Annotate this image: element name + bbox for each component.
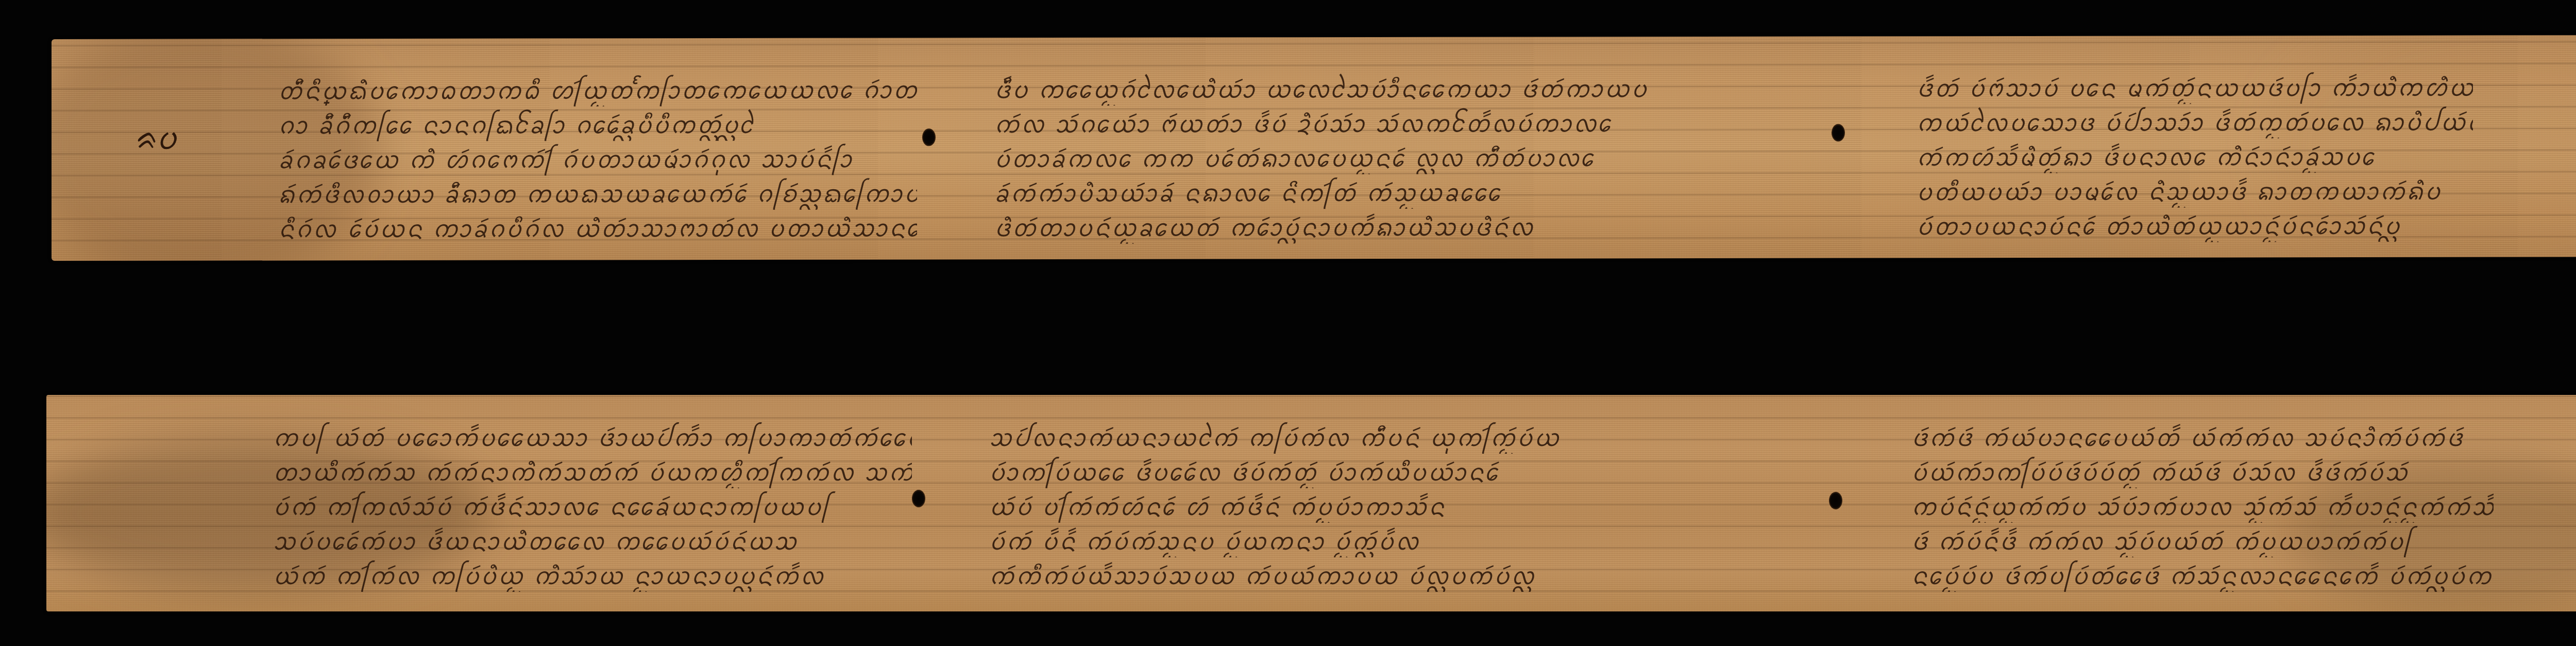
palm-leaf-2: ᨠᨷᩕ ᨿᩢᨲᩢ ᨷᩯᩣᨠᩢᩢᨷᩯᨿᩈᩣ ᨴᩢᩣᨿᨸᩢᨠᩢᩢᩣ ᨠᩕᨷᩣᨠᩣᨲᩢ… xyxy=(46,395,2576,611)
text-line: ᨶᩮᨷᩢᩬᨷᩢᨷ ᨴᩢᨠᩢᨷᩕᨷᩢᨲᩢᩯᨴᩢ ᨠᩢᩈᩢᨶᩬᩃᩣᨶᩯᨶᩮᨠᩢᩢ ᨷ… xyxy=(1911,560,2494,592)
text-line: ᨣᩣ ᨡᩢᩥᨣᩥᩢᨠᩕᩯ ᨶᩣᨶᨣᩕᨳᩰᨡᩕᩣ ᨣᩯᩢᨡᩖᨷᩥᨷᩥᨠᨲᩢᩖᩢᨷᩖ… xyxy=(278,108,917,141)
text-line: ᨷᩢᨲᩣᨷᨿᨶᩣᨷᩢᨶᩮᩢ ᨲᩢᩣᨿᩫᨲᩢᨿᩬᨿᩣᨶᩢᩬᨷᩢᨶᩮᩢᩣᩈᩢᨶᩢᨷᩖ xyxy=(1917,210,2473,243)
text-line: ᨷᩢᨠᩢ ᨠᩕᩢᨠᩃᩢᩈᩢᨷᩢ ᨠᩢᨴᩢᩢᨶᩢᩈᩣᩃᩮ ᨶᩯᨡᩢᨿᨶᩣᨠᩕᨷᨿᨷ… xyxy=(273,491,912,523)
text-line: ᨿᩢᨷᩢ ᨷᩕᩢᨠᩢᨠᩢᩉᩢᨶᩮᩢ ᩉᩢ ᨠᩢᨴᩢᩢᨶᩢ ᨠᩢᨷᩬᩬᨷᩢᩣᨠᩣᩈ… xyxy=(989,491,1793,523)
binding-hole-right xyxy=(1829,492,1842,509)
text-line: ᨡᩢᨣᨡᩮᩢᨴᩮᨿ ᨠᩫ ᩉᩢᨣᩮᨻᨠᩢᩕᩢ ᨣᩢᨷᨲᩣᨿᨾᩢᩣᨣᩢᨣᩩᩃ ᩈᩣ… xyxy=(278,143,917,176)
folio-number: ᨑᨷ xyxy=(134,117,176,165)
text-line: ᨠᩢᩃ ᩈᩢᨣᩮᨿᩢᩣ ᨻᩢᨿᨲᩢᩣ ᨴᩢᩢᨷᩢ ᨯᩫᨷᩢᩈᩢᩣ ᩈᩢᩃᨠᩰᨲᩢ… xyxy=(994,107,1798,140)
text-line: ᨲᩣᨿᩥᨠᩢᨠᩢᩈ ᨠᩢᨠᩢᨶᩣᨠᩫᨠᩢᩈᨲᩢᨠᩢ ᨷᩢᨿᨠᩉᩬᩥᨠᩕᩢᨠᨠᩢᩃ… xyxy=(273,456,912,488)
text-column-2: ᨴᩢᩢᩥᨷ ᨠᩯᨿᩬᨣᩢᩱᩃᩮᨿᩫᨿᩢᩣ ᨿᩮᩃᩱᩈᨷᩢᩣᩥᨶᩯᨠᨿᩣ ᨴᩢᨲᩢ… xyxy=(994,73,1798,244)
binding-hole-right xyxy=(1832,124,1845,142)
text-line: ᨠᨷᩕ ᨿᩢᨲᩢ ᨷᩯᩣᨠᩢᩢᨷᩯᨿᩈᩣ ᨴᩢᩣᨿᨸᩢᨠᩢᩢᩣ ᨠᩕᨷᩣᨠᩣᨲᩢ… xyxy=(273,422,912,454)
text-line: ᨿᩢᨠᩢ ᨠᩕᩢᨠᩢᩃ ᨠᩕᨷᩢᨷᩫᨿᩬ ᨠᩫᩈᩢᩣᨿ ᨶᩬᩣᨿᨶᩣᨷᨷᩖᨶᩢᨠ… xyxy=(273,560,912,592)
text-line: ᨴᩢᩢᨲᩢ ᨷᩢᨻᩢᩈᩣᨷᩢ ᨷᩮᨶ ᨾᨠᩢᨲᩢᩬᨶᨿᨿᨴᩢᨷᩕᩣ ᨠᩢᩢᩣᨿᩫ… xyxy=(1917,72,2473,105)
text-column-3: ᨴᩢᩢᨲᩢ ᨷᩢᨻᩢᩈᩣᨷᩢ ᨷᩮᨶ ᨾᨠᩢᨲᩢᩬᨶᨿᨿᨴᩢᨷᩕᩣ ᨠᩢᩢᩣᨿᩫ… xyxy=(1917,72,2473,243)
text-line: ᨠᩢᨠᩉᩢᩈᩢᩢᨾᩫᨲᩢᩬᨦᩣ ᨴᩢᩢᨷᨶᩣᩃᩮ ᨠᩫᨶᩢᩣᨶᩢᩣᨡᩬᩢᩈᨷᩮ xyxy=(1917,141,2473,174)
text-line: ᨷᨲᩥᨿᨷᨿᩢᩣ ᨷᩣᨾᩮᩢᩃ ᨶᩫᩈᩬᨿᩣᨴᩢᩢ ᨦᩣᨲᨠᨿᩣᨠᩢᨦᩫᨷ xyxy=(1917,175,2473,208)
text-line: ᨷᩢᨿᩢᨠᩢᩣᨠᩕᩢᨷᩢᨷᩢᨴᩢᨷᩢᨷᩢᨲᩢᩬ ᨠᩢᨿᩢᨴᩢ ᨷᩢᩈᩢᩃ ᨴᩢᩢ… xyxy=(1911,456,2494,488)
text-line: ᨴᩢ ᨠᩢᨷᩢᨶᩢᩢᨴᩢᩢ ᨠᩢᨠᩢᩃ ᩈᩢᩬᨷᩢᨷᨿᩢᨲᩢ ᨠᩢᨷᩬᨿᨷᩣᨠᩢ… xyxy=(1911,525,2494,557)
binding-hole-left xyxy=(912,490,925,507)
text-line: ᨴᩫᨲᩢᨲᩣᨷᨶᩢᨿᩬᨡᩮᨿᨲᩢ ᨠᩮᩢᩣᨷᩖᩢᨶᩣᨷᨠᩢᩢᨦᩣᨿᩫᩈᨷᨴᩫᨶᩢ… xyxy=(994,211,1798,244)
text-line: ᨠᩢᨠᩥᨠᩢᨷᩢᨿᩢᩢᩈᩣᨷᩢᩈᨷᨿ ᨠᩢᨷᨿᩢᨠᩣᨷᨿ ᨷᩢᩃᩖᨷᨠᩢᨷᩢᩃᩖ xyxy=(989,560,1793,592)
text-line: ᨴᩢᨠᩢᨴᩢ ᨠᩢᨿᩢᨷᩣᨶᩯᨷᨿᩢᨲᩢᩢ ᨿᩢᨠᩢᨠᩢᩃ ᩈᨷᩢᨶᩣᩫᨠᩢᨷᩢ… xyxy=(1911,422,2494,454)
text-column-3: ᨴᩢᨠᩢᨴᩢ ᨠᩢᨿᩢᨷᩣᨶᩯᨷᨿᩢᨲᩢᩢ ᨿᩢᨠᩢᨠᩢᩃ ᩈᨷᩢᨶᩣᩫᨠᩢᨷᩢ… xyxy=(1911,422,2494,592)
text-line: ᨶᩥᨣᩢᩃ ᩮᩢᨷᩢᨿᨶ ᨠᩣᨡᩢᨣᨷᩥᨣᩢᩃ ᨿᩫᨲᩢᩣᩈᩣᨻᩣᨲᩢᩃ ᨷᨲᩣ… xyxy=(278,212,917,245)
text-line: ᨠᨿᩢᩱᩃᨷᩮᩈᩣᨴ ᨷᩢᨸᩢᩣᩈᩣᩢᩣ ᨴᩢᩢᨲᩢᨠᩬᨲᩢᨷᩮᩃ ᨦᩣᨷᩫᨸᨿ… xyxy=(1917,106,2473,139)
text-line: ᨷᩢᩣᨠᩕᩢᨷᩢᨿᩯ ᨴᩢᩢᨷᩯᩢᩃ ᨴᩢᨷᩢᨠᩢᨲᩢᩬ ᨷᩢᩣᨠᩢᨿᩥᨷᨿᩢᩣ… xyxy=(989,456,1793,488)
manuscript-viewer: ᨑᨷ ᨲᩢᩥᨶᩥ᩠ᨿᨳᩫᨷᩮᨠᩣᨵᨲᩣᨠᨵᩥ ᩉᩕᩢᨿᩬᨲᩘᨠᩕᩣᨲᩮᨠᩮᨿᨿᩃ… xyxy=(0,0,2576,646)
text-line: ᨷᩢᨲᩣᨡᩢᨠᩃᩮ ᨠᨠ ᨷᩮᩢᨲᩢᨦᩣᩃᩮᨷᨿᩬᨶᩮᩢ ᩃᩖᩃ ᨠᩥᩢᨲᩢᨷᩣ… xyxy=(994,142,1798,175)
binding-hole-left xyxy=(922,128,936,146)
text-line: ᨲᩢᩥᨶᩥ᩠ᨿᨳᩫᨷᩮᨠᩣᨵᨲᩣᨠᨵᩥ ᩉᩕᩢᨿᩬᨲᩘᨠᩕᩣᨲᩮᨠᩮᨿᨿᩃᩮ ᨣ… xyxy=(278,74,917,107)
palm-leaf-1: ᨑᨷ ᨲᩢᩥᨶᩥ᩠ᨿᨳᩫᨷᩮᨠᩣᨵᨲᩣᨠᨵᩥ ᩉᩕᩢᨿᩬᨲᩘᨠᩕᩣᨲᩮᨠᩮᨿᨿᩃ… xyxy=(52,35,2576,261)
text-column-1: ᨲᩢᩥᨶᩥ᩠ᨿᨳᩫᨷᩮᨠᩣᨵᨲᩣᨠᨵᩥ ᩉᩕᩢᨿᩬᨲᩘᨠᩕᩣᨲᩮᨠᩮᨿᨿᩃᩮ ᨣ… xyxy=(278,74,917,245)
text-column-2: ᩈᨸᩢᩃᨶᩣᨠᩢᨿᨶᩣᨿᩱᨠᩢ ᨠᩕᨷᩢᨠᩢᩃ ᨠᩢᩥᨷᨶᩢ ᨿᩩᨠᩕᩢᨠᩢᩬᨷ… xyxy=(989,422,1793,592)
text-line: ᨡᩢᨠᩢᨠᩢᩣᨷᩫᩈᨿᩢᩣᨡᩢ ᨶᨦᩣᩃᩮ ᨶᩦᨠᩕᩢᨲᩢ ᨠᩢᩈᩬᨿᨡᩮᩯ xyxy=(994,176,1798,209)
text-line: ᩈᨸᩢᩃᨶᩣᨠᩢᨿᨶᩣᨿᩱᨠᩢ ᨠᩕᨷᩢᨠᩢᩃ ᨠᩢᩥᨷᨶᩢ ᨿᩩᨠᩕᩢᨠᩢᩬᨷ… xyxy=(989,422,1793,454)
text-line: ᩈᨷᩢᨷᩯᩢᨠᩢᨷᩣ ᨴᩢᩢᨿᨶᩣᨿᩫᨲᩯᩃ ᨠᩯᨷᨿᩢᨷᩢᨶᩢᨿᩈ xyxy=(273,525,912,557)
text-line: ᨷᩢᨠᩢ ᨷᩢᩢᨶᩢᩢ ᨠᩢᨷᩢᨠᩢᩈᩬᨶᨷ ᨷᩢᩬᨿᨠᨶᩣ ᨷᩢᩬᩢᨠᩖᩢᨷᩢ… xyxy=(989,525,1793,557)
text-column-1: ᨠᨷᩕ ᨿᩢᨲᩢ ᨷᩯᩣᨠᩢᩢᨷᩯᨿᩈᩣ ᨴᩢᩣᨿᨸᩢᨠᩢᩢᩣ ᨠᩕᨷᩣᨠᩣᨲᩢ… xyxy=(273,422,912,592)
text-line: ᨠᨷᩢᨶᩢᨶᩢᩬᨿᩬᨠᩢᨠᩢᨷ ᩈᩢᨷᩢᩣᨠᩢᨷᩣᩃ ᩈᩢᩬᨠᩢᩈᩢ ᨠᩢᩢᨷᩣ… xyxy=(1911,491,2494,523)
text-line: ᨦᩢᨠᩢᨴᩥᩃᩅᩣᨿᩣ ᨡᩢᩥᨦᩣᨲ ᨠᨿᨳᩈᨿᨡᩮᨿᨠᩢᩮᩢ ᨣᩕᨧᩢᩈᩖᨳᩮ… xyxy=(278,177,917,210)
text-line: ᨴᩢᩢᩥᨷ ᨠᩯᨿᩬᨣᩢᩱᩃᩮᨿᩫᨿᩢᩣ ᨿᩮᩃᩱᩈᨷᩢᩣᩥᨶᩯᨠᨿᩣ ᨴᩢᨲᩢ… xyxy=(994,73,1798,106)
